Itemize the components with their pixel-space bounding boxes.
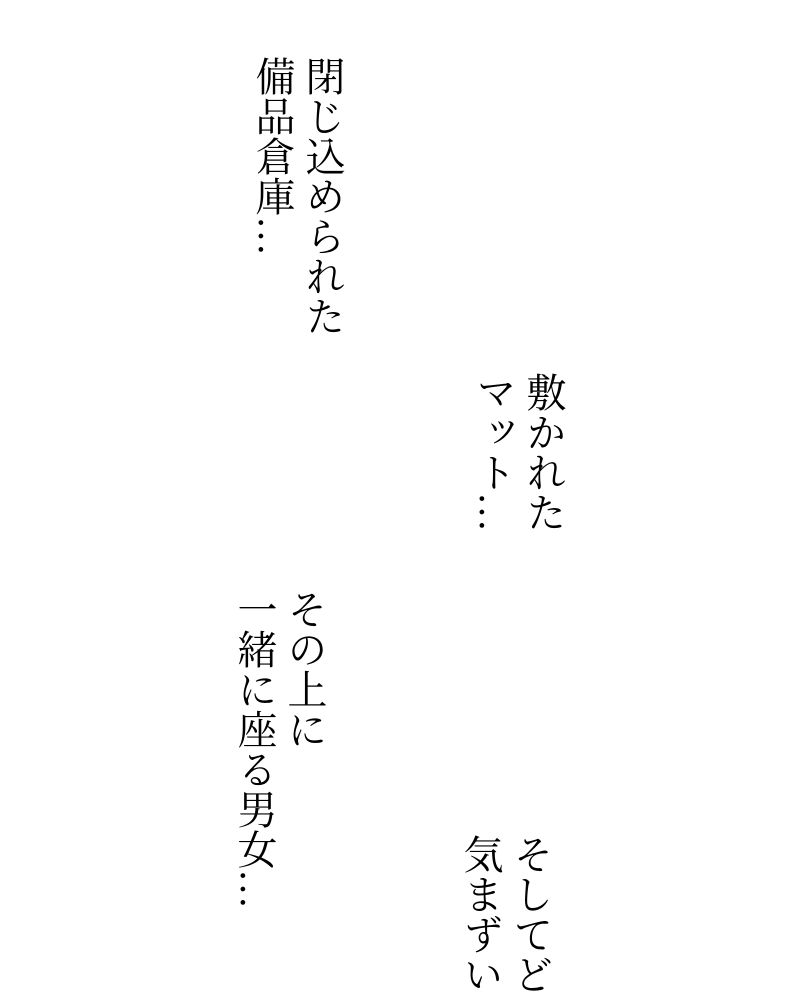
narration-text-block-1: 閉じ込められた 備品倉庫… [247,56,347,336]
narration-text-block-2: 敷かれた マット… [468,372,568,532]
narration-text-block-3: その上に 一緒に座る男女… [229,589,329,909]
narration-text-block-4: そしてど 気まずい [455,834,555,994]
webtoon-page: 閉じ込められた 備品倉庫… 敷かれた マット… その上に 一緒に座る男女… そし… [0,0,800,1000]
